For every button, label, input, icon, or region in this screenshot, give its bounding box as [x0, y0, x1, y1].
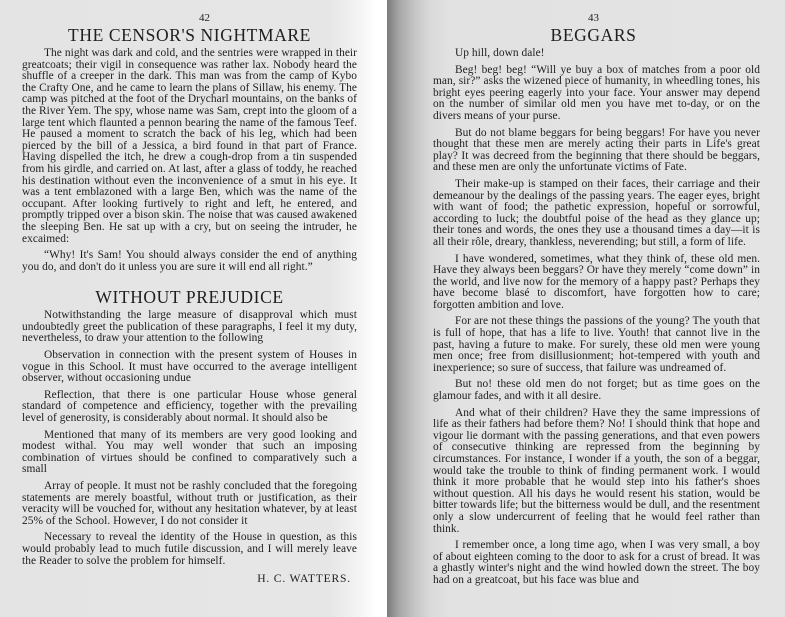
paragraph: Their make-up is stamped on their faces,… — [433, 179, 760, 249]
paragraph: Reflection, that there is one particular… — [22, 390, 357, 425]
paragraph: But no! these old men do not forget; but… — [433, 379, 760, 402]
page-number: 42 — [52, 12, 357, 24]
paragraph: For are not these things the passions of… — [433, 316, 760, 374]
paragraph: The night was dark and cold, and the sen… — [22, 48, 357, 245]
left-page: 42 THE CENSOR'S NIGHTMARE The night was … — [0, 0, 387, 617]
author-signature: H. C. WATTERS. — [22, 572, 351, 585]
book-spread: 42 THE CENSOR'S NIGHTMARE The night was … — [0, 0, 785, 617]
paragraph: I have wondered, sometimes, what they th… — [433, 254, 760, 312]
paragraph: Up hill, down dale! — [433, 48, 760, 60]
article-title-without-prejudice: WITHOUT PREJUDICE — [22, 287, 357, 307]
paragraph: “Why! It's Sam! You should always consid… — [22, 250, 357, 273]
paragraph: And what of their children? Have they th… — [433, 408, 760, 536]
paragraph: Necessary to reveal the identity of the … — [22, 532, 357, 567]
right-page: 43 BEGGARS Up hill, down dale! Beg! beg!… — [387, 0, 785, 617]
paragraph: Observation in connection with the prese… — [22, 350, 357, 385]
paragraph: But do not blame beggars for being begga… — [433, 128, 760, 174]
paragraph: Notwithstanding the large measure of dis… — [22, 310, 357, 345]
article-title-censors-nightmare: THE CENSOR'S NIGHTMARE — [22, 25, 357, 45]
article-without-prejudice: WITHOUT PREJUDICE Notwithstanding the la… — [22, 287, 357, 585]
paragraph: I remember once, a long time ago, when I… — [433, 540, 760, 586]
article-title-beggars: BEGGARS — [427, 25, 760, 45]
paragraph: Array of people. It must not be rashly c… — [22, 481, 357, 527]
paragraph: Mentioned that many of its members are v… — [22, 430, 357, 476]
page-number: 43 — [427, 12, 760, 24]
paragraph: Beg! beg! beg! “Will ye buy a box of mat… — [433, 65, 760, 123]
